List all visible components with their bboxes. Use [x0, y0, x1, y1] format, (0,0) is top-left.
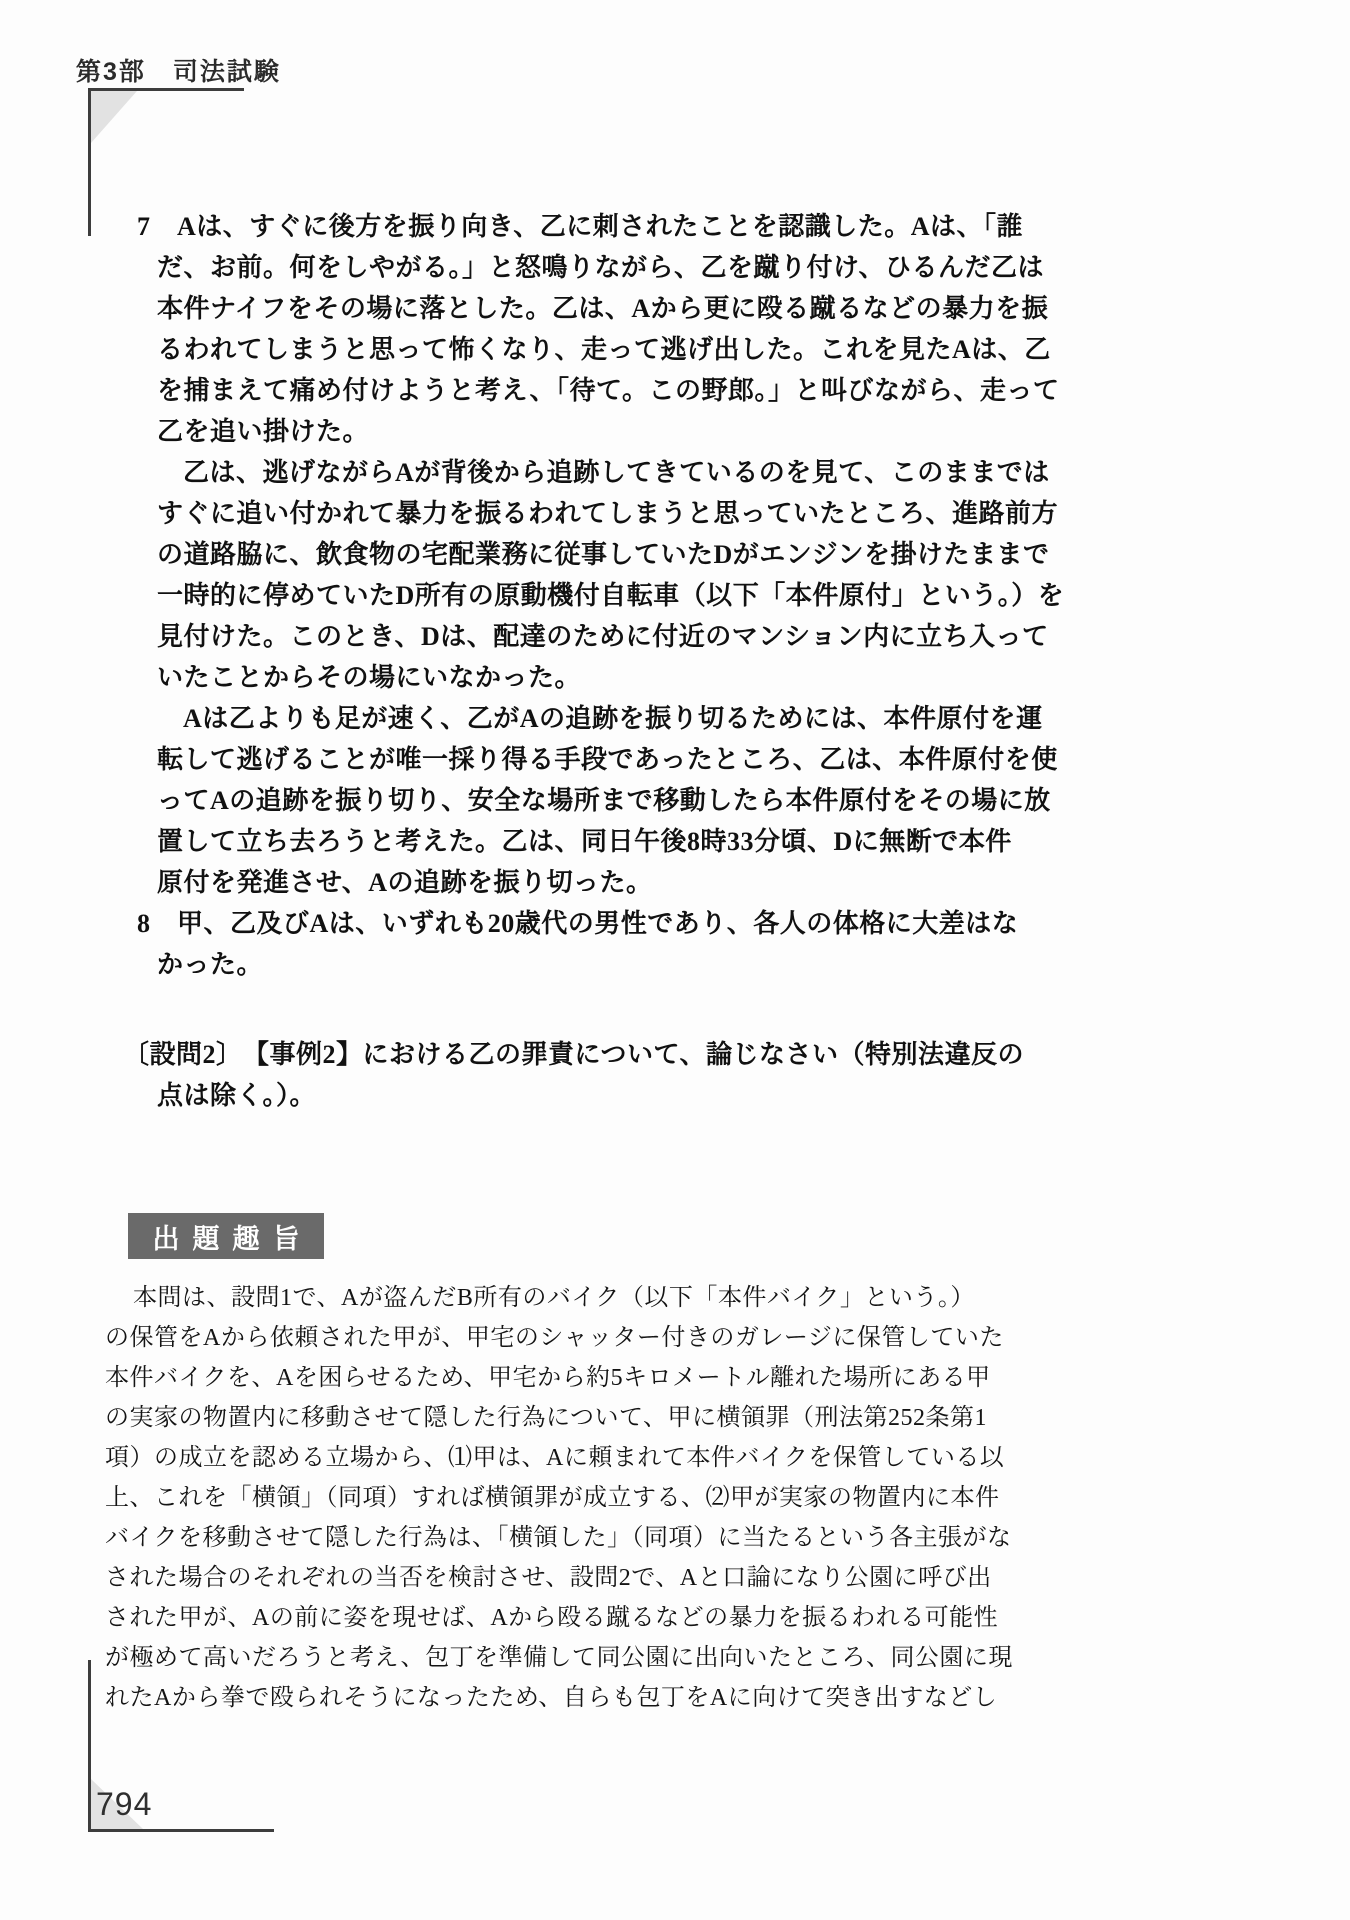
purpose-line: された場合のそれぞれの当否を検討させ、設問2で、Aと口論になり公園に呼び出 [105, 1558, 955, 1598]
purpose-line: 本問は、設問1で、Aが盗んだB所有のバイク（以下「本件バイク」という。） [105, 1278, 955, 1318]
fact-line: 8 甲、乙及びAは、いずれも20歳代の男性であり、各人の体格に大差はな [137, 903, 947, 944]
fact-line: 乙は、逃げながらAが背後から追跡してきているのを見て、このままでは [137, 452, 947, 493]
question-line: 点は除く。）。 [123, 1075, 953, 1116]
purpose-line: れたAから拳で殴られそうになったため、自らも包丁をAに向けて突き出すなどし [105, 1678, 955, 1718]
purpose-heading-label: 出題趣旨 [140, 1217, 313, 1256]
fact-line: Aは乙よりも足が速く、乙がAの追跡を振り切るためには、本件原付を運 [137, 698, 947, 739]
purpose-line: された甲が、Aの前に姿を現せば、Aから殴る蹴るなどの暴力を振るわれる可能性 [105, 1598, 955, 1638]
fact-line: 7 Aは、すぐに後方を振り向き、乙に刺されたことを認識した。Aは、「誰 [137, 206, 947, 247]
question-line: 〔設問2〕 【事例2】における乙の罪責について、論じなさい（特別法違反の [123, 1034, 953, 1075]
purpose-text: 本問は、設問1で、Aが盗んだB所有のバイク（以下「本件バイク」という。） の保管… [105, 1278, 955, 1718]
purpose-line: 本件バイクを、Aを困らせるため、甲宅から約5キロメートル離れた場所にある甲 [105, 1358, 955, 1398]
corner-triangle-top [91, 91, 137, 143]
book-page: { "header": { "title": "第3部 司法試験" }, "fa… [0, 0, 1350, 1920]
purpose-line: の実家の物置内に移動させて隠した行為について、甲に横領罪（刑法第252条第1 [105, 1398, 955, 1438]
fact-line: 本件ナイフをその場に落とした。乙は、Aから更に殴る蹴るなどの暴力を振 [137, 288, 947, 329]
purpose-heading-box: 出題趣旨 [128, 1213, 324, 1259]
fact-line: 転して逃げることが唯一採り得る手段であったところ、乙は、本件原付を使 [137, 739, 947, 780]
question-block: 〔設問2〕 【事例2】における乙の罪責について、論じなさい（特別法違反の 点は除… [123, 1034, 953, 1116]
purpose-line: の保管をAから依頼された甲が、甲宅のシャッター付きのガレージに保管していた [105, 1318, 955, 1358]
fact-line: 一時的に停めていたD所有の原動機付自転車（以下「本件原付」という。）を [137, 575, 947, 616]
chapter-header: 第3部 司法試験 [76, 52, 281, 88]
purpose-line: 項）の成立を認める立場から、⑴甲は、Aに頼まれて本件バイクを保管している以 [105, 1438, 955, 1478]
fact-line: を捕まえて痛め付けようと考え、「待て。この野郎。」と叫びながら、走って [137, 370, 947, 411]
fact-line: 見付けた。このとき、Dは、配達のために付近のマンション内に立ち入って [137, 616, 947, 657]
case-facts: 7 Aは、すぐに後方を振り向き、乙に刺されたことを認識した。Aは、「誰 だ、お前… [137, 206, 947, 985]
fact-line: すぐに追い付かれて暴力を振るわれてしまうと思っていたところ、進路前方 [137, 493, 947, 534]
fact-line: だ、お前。何をしやがる。」と怒鳴りながら、乙を蹴り付け、ひるんだ乙は [137, 247, 947, 288]
fact-line: 原付を発進させ、Aの追跡を振り切った。 [137, 862, 947, 903]
page-number: 794 [96, 1786, 152, 1823]
fact-line: るわれてしまうと思って怖くなり、走って逃げ出した。これを見たAは、乙 [137, 329, 947, 370]
fact-line: いたことからその場にいなかった。 [137, 657, 947, 698]
fact-line: ってAの追跡を振り切り、安全な場所まで移動したら本件原付をその場に放 [137, 780, 947, 821]
fact-line: 乙を追い掛けた。 [137, 411, 947, 452]
fact-line: の道路脇に、飲食物の宅配業務に従事していたDがエンジンを掛けたままで [137, 534, 947, 575]
purpose-line: バイクを移動させて隠した行為は、「横領した」（同項）に当たるという各主張がな [105, 1518, 955, 1558]
purpose-line: 上、これを「横領」（同項）すれば横領罪が成立する、⑵甲が実家の物置内に本件 [105, 1478, 955, 1518]
purpose-line: が極めて高いだろうと考え、包丁を準備して同公園に出向いたところ、同公園に現 [105, 1638, 955, 1678]
fact-line: 置して立ち去ろうと考えた。乙は、同日午後8時33分頃、Dに無断で本件 [137, 821, 947, 862]
bottom-rule [88, 1829, 274, 1832]
fact-line: かった。 [137, 944, 947, 985]
